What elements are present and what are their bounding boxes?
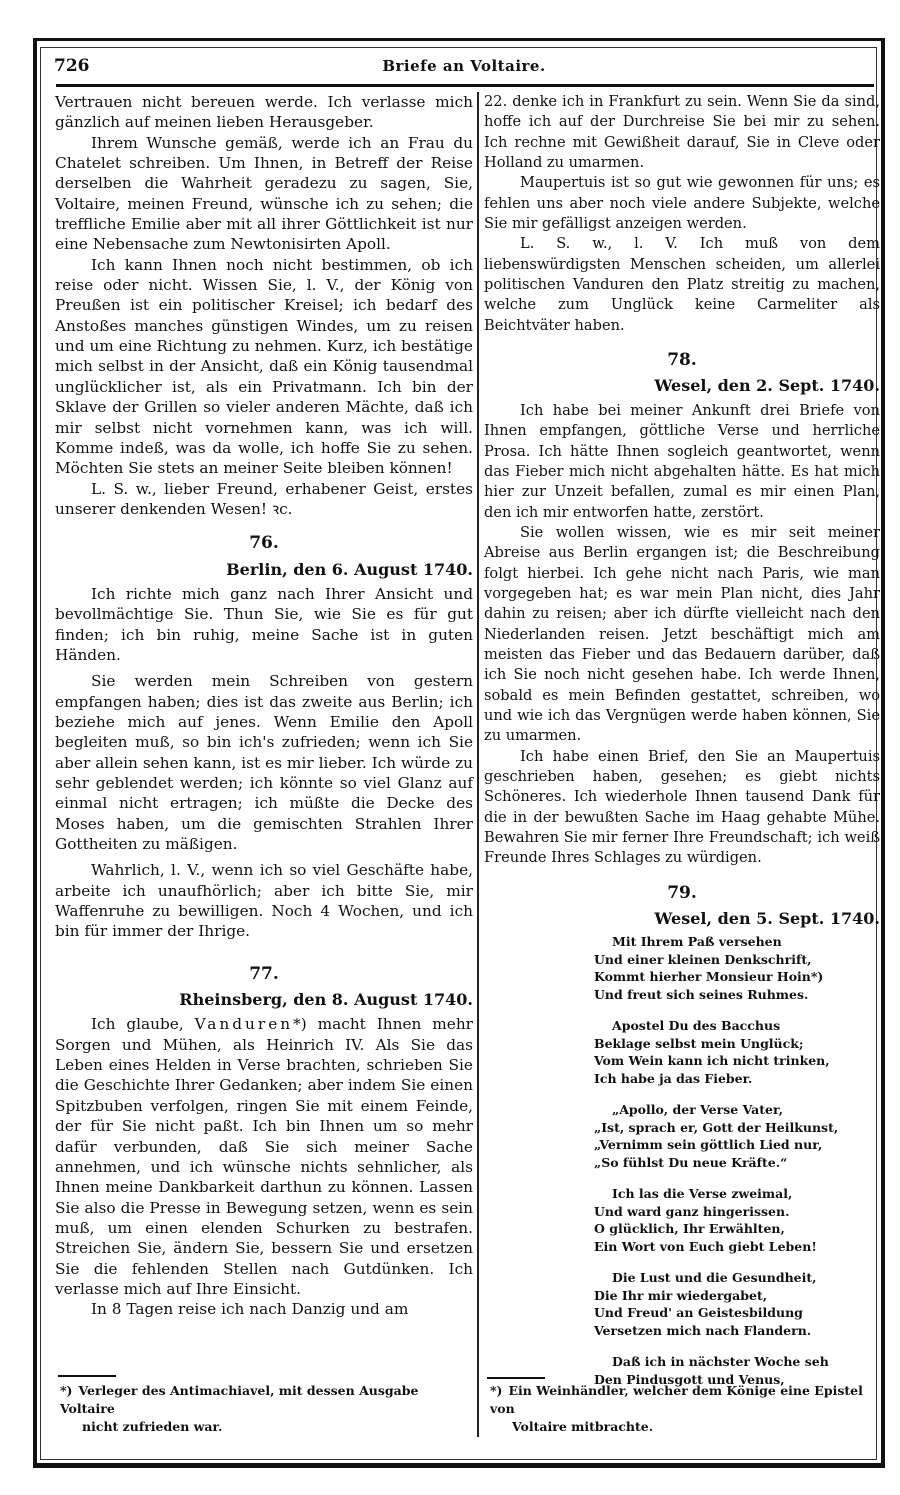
poem-stanza: Die Lust und die Gesundheit, Die Ihr mir… [594,1269,880,1339]
letter-number: 76. [55,533,473,553]
letter-number: 77. [55,964,473,984]
footnote-mark: *) [60,1383,72,1398]
left-column: Vertrauen nicht bereuen werde. Ich verla… [55,92,473,1320]
paragraph: Wahrlich, l. V., wenn ich so viel Geschä… [55,860,473,941]
letter-date: Rheinsberg, den 8. August 1740. [55,990,473,1010]
verse-line: Und ward ganz hingerissen. [594,1203,880,1221]
verse-line: Beklage selbst mein Unglück; [594,1035,880,1053]
footnote-left: *)Verleger des Antimachiavel, mit dessen… [60,1382,465,1436]
right-column: 22. denke ich in Frankfurt zu sein. Wenn… [484,92,880,1402]
running-head: 726 Briefe an Voltaire. [54,52,874,82]
running-title: Briefe an Voltaire. [54,57,874,75]
paragraph: 22. denke ich in Frankfurt zu sein. Wenn… [484,92,880,173]
letter-number: 79. [484,883,880,903]
paragraph: Sie wollen wissen, wie es mir seit meine… [484,523,880,747]
verse-line: Mit Ihrem Paß versehen [594,933,880,951]
paragraph: L. S. w., l. V. Ich muß von dem liebensw… [484,234,880,336]
verse-line: Die Lust und die Gesundheit, [594,1269,880,1287]
verse-line: Kommt hierher Monsieur Hoin*) [594,968,880,986]
verse-line: „So fühlst Du neue Kräfte.“ [594,1154,880,1172]
paragraph: Vertrauen nicht bereuen werde. Ich verla… [55,92,473,133]
footnote-rule-left [58,1375,116,1377]
poem: Mit Ihrem Paß versehen Und einer kleinen… [594,933,880,1388]
verse-line: „Ist, sprach er, Gott der Heilkunst, [594,1119,880,1137]
header-rule [56,84,874,87]
column-divider [477,92,479,1437]
verse-line: Versetzen mich nach Flandern. [594,1322,880,1340]
poem-stanza: Ich las die Verse zweimal, Und ward ganz… [594,1185,880,1255]
verse-line: „Apollo, der Verse Vater, [594,1101,880,1119]
paragraph: Ich habe einen Brief, den Sie an Maupert… [484,747,880,869]
verse-line: Die Ihr mir wiedergabet, [594,1287,880,1305]
verse-line: Ich habe ja das Fieber. [594,1070,880,1088]
emphasized-name: Vanduren [195,1015,293,1033]
paragraph: Ich glaube, Vanduren*) macht Ihnen mehr … [55,1014,473,1299]
footnote-rule-right [487,1377,545,1379]
footnote-mark: *) [490,1383,502,1398]
verse-line: O glücklich, Ihr Erwählten, [594,1220,880,1238]
poem-stanza: Apostel Du des Bacchus Beklage selbst me… [594,1017,880,1087]
letter-number: 78. [484,350,880,370]
verse-line: Ein Wort von Euch giebt Leben! [594,1238,880,1256]
verse-line: Und einer kleinen Denkschrift, [594,951,880,969]
poem-stanza: Mit Ihrem Paß versehen Und einer kleinen… [594,933,880,1003]
paragraph: Ich kann Ihnen noch nicht bestimmen, ob … [55,255,473,479]
paragraph: Sie werden mein Schreiben von gestern em… [55,671,473,854]
paragraph: Ich richte mich ganz nach Ihrer Ansicht … [55,584,473,665]
verse-line: Und Freud' an Geistesbildung [594,1304,880,1322]
letter-date: Wesel, den 5. Sept. 1740. [484,909,880,929]
letter-date: Berlin, den 6. August 1740. [55,560,473,580]
paragraph: Ihrem Wunsche gemäß, werde ich an Frau d… [55,133,473,255]
letter-date: Wesel, den 2. Sept. 1740. [484,376,880,396]
paragraph: L. S. w., lieber Freund, erhabener Geist… [55,479,473,520]
footnote-right: *)Ein Weinhändler, welcher dem Könige ei… [490,1382,875,1436]
poem-stanza: „Apollo, der Verse Vater, „Ist, sprach e… [594,1101,880,1171]
verse-line: Daß ich in nächster Woche seh [594,1353,880,1371]
verse-line: „Vernimm sein göttlich Lied nur, [594,1136,880,1154]
paragraph: In 8 Tagen reise ich nach Danzig und am [55,1299,473,1319]
verse-line: Ich las die Verse zweimal, [594,1185,880,1203]
paragraph: Maupertuis ist so gut wie gewonnen für u… [484,173,880,234]
verse-line: Apostel Du des Bacchus [594,1017,880,1035]
paragraph: Ich habe bei meiner Ankunft drei Briefe … [484,401,880,523]
verse-line: Und freut sich seines Ruhmes. [594,986,880,1004]
verse-line: Vom Wein kann ich nicht trinken, [594,1052,880,1070]
